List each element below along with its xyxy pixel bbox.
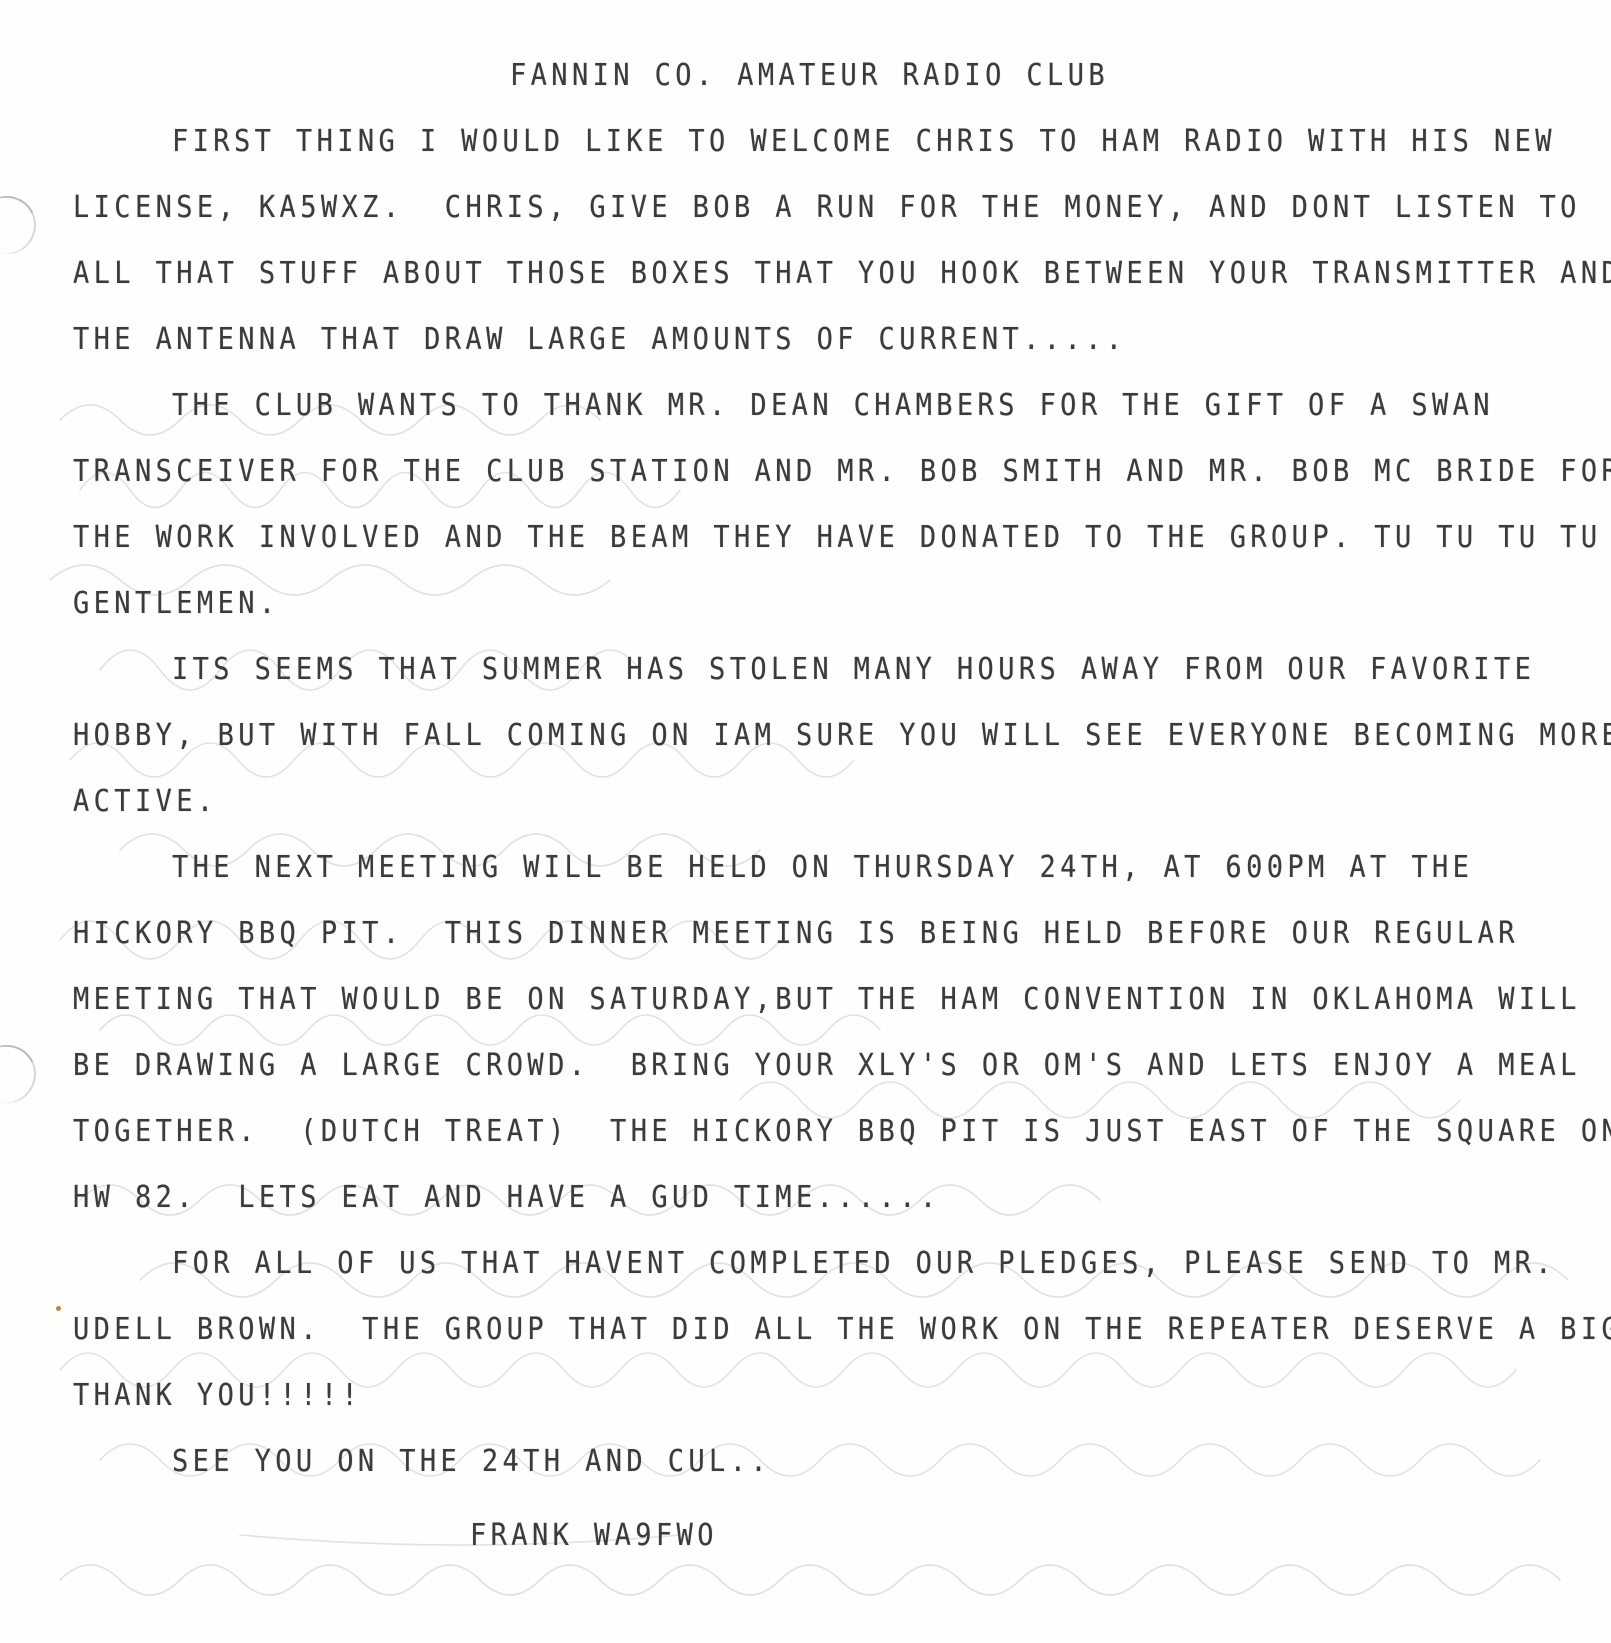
text-line: THANK YOU!!!!! [73,1378,362,1413]
punch-hole [0,188,44,262]
text-line: THE NEXT MEETING WILL BE HELD ON THURSDA… [172,850,1473,885]
paper-speck [56,1306,61,1311]
text-line: TOGETHER. (DUTCH TREAT) THE HICKORY BBQ … [73,1114,1611,1149]
scanned-page: FANNIN CO. AMATEUR RADIO CLUB FIRST THIN… [0,0,1611,1643]
text-line: ITS SEEMS THAT SUMMER HAS STOLEN MANY HO… [172,652,1535,687]
text-line: BE DRAWING A LARGE CROWD. BRING YOUR XLY… [73,1048,1581,1083]
signature: FRANK WA9FWO [470,1518,718,1553]
text-line: TRANSCEIVER FOR THE CLUB STATION AND MR.… [73,454,1611,489]
text-line: GENTLEMEN. [73,586,280,621]
text-line: THE ANTENNA THAT DRAW LARGE AMOUNTS OF C… [73,322,1126,357]
text-line: THE WORK INVOLVED AND THE BEAM THEY HAVE… [73,520,1602,555]
text-line: MEETING THAT WOULD BE ON SATURDAY,BUT TH… [73,982,1581,1017]
text-line: UDELL BROWN. THE GROUP THAT DID ALL THE … [73,1312,1611,1347]
text-line: HICKORY BBQ PIT. THIS DINNER MEETING IS … [73,916,1519,951]
text-line: HOBBY, BUT WITH FALL COMING ON IAM SURE … [73,718,1611,753]
text-line: LICENSE, KA5WXZ. CHRIS, GIVE BOB A RUN F… [73,190,1581,225]
text-line: SEE YOU ON THE 24TH AND CUL.. [172,1444,771,1479]
text-line: FOR ALL OF US THAT HAVENT COMPLETED OUR … [172,1246,1556,1281]
document-title: FANNIN CO. AMATEUR RADIO CLUB [510,58,1109,93]
text-line: HW 82. LETS EAT AND HAVE A GUD TIME.....… [73,1180,941,1215]
text-line: ACTIVE. [73,784,218,819]
text-line: ALL THAT STUFF ABOUT THOSE BOXES THAT YO… [73,256,1611,291]
text-line: FIRST THING I WOULD LIKE TO WELCOME CHRI… [172,124,1556,159]
text-line: THE CLUB WANTS TO THANK MR. DEAN CHAMBER… [172,388,1494,423]
punch-hole [0,1037,44,1111]
